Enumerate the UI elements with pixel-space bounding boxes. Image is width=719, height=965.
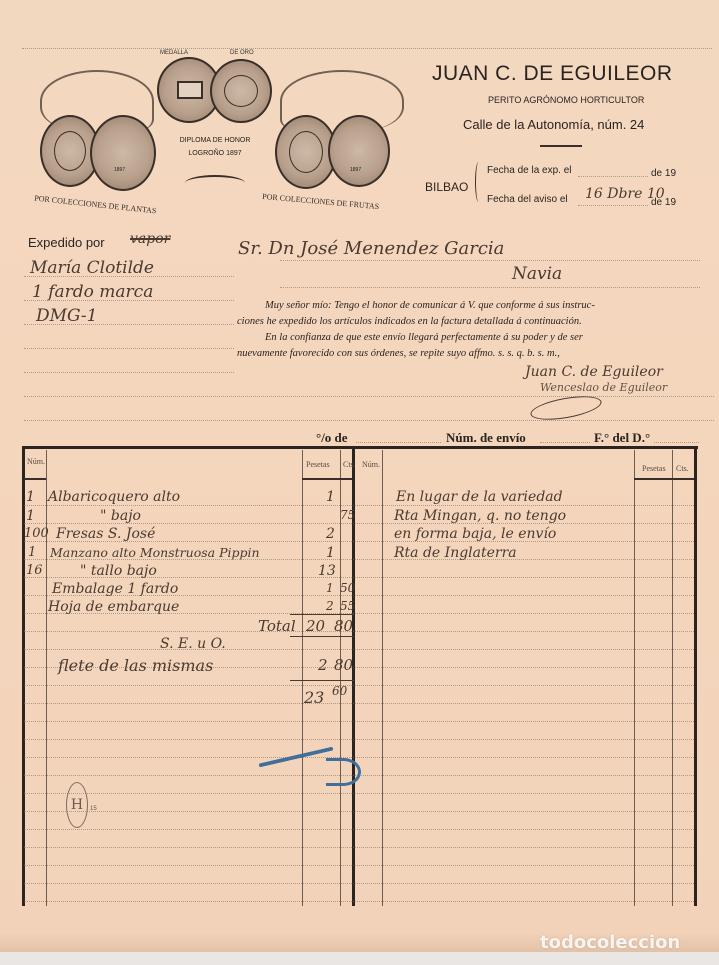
table-top-border (24, 446, 698, 449)
grand-total-rule (290, 680, 354, 681)
row-4-pesetas: 1 (326, 545, 335, 561)
right-note-line-4: Rta de Inglaterra (394, 545, 517, 561)
row-5-pesetas: 13 (318, 563, 336, 579)
ruled-line (24, 420, 714, 421)
row-3-pesetas: 2 (326, 526, 335, 542)
row-4-qty: 1 (28, 545, 36, 560)
medal-plaque (177, 81, 203, 99)
shipping-line-1: María Clotilde (30, 258, 154, 278)
col-header-pesetas-right: Pesetas (642, 464, 666, 473)
signature-line-2: Wenceslao de Eguileor (540, 381, 667, 394)
row-3-desc: Fresas S. José (56, 526, 155, 542)
row-6-desc: Embalage 1 fardo (52, 581, 178, 597)
letter-line-4: nuevamente favorecido con sus órdenes, s… (237, 348, 560, 359)
divider (540, 145, 582, 147)
total-label: Total (258, 617, 296, 635)
medal-top-right (210, 59, 272, 123)
row-7-cts: 55 (340, 599, 355, 613)
row-2-cts: 75 (340, 508, 355, 522)
grand-total-pesetas: 23 (304, 688, 324, 707)
table-left-border (22, 446, 25, 906)
row-5-qty: 16 (26, 563, 43, 578)
profession: PERITO AGRÓNOMO HORTICULTOR (488, 95, 644, 105)
invoice-paper: MEDALLA DE ORO 1897 1897 DIPLOMA DE HONO… (0, 0, 719, 952)
ruled-line (24, 372, 234, 373)
col-header-num: Núm. (27, 457, 45, 466)
col-header-cts-right: Cts. (676, 464, 689, 473)
ruled-line (24, 300, 234, 301)
ruled-line (24, 276, 234, 277)
col-header-num-right: Núm. (362, 460, 380, 469)
num-envio-line (540, 442, 590, 443)
fecha-aviso-line (578, 205, 648, 206)
row-5-desc: " tallo bajo (80, 563, 157, 579)
header-underline (634, 478, 694, 480)
ruled-line (280, 260, 700, 261)
diploma-cartouche: DIPLOMA DE HONOR LOGROÑO 1897 (160, 137, 270, 171)
city: BILBAO (425, 180, 468, 194)
col-divider-pesetas-right (634, 450, 635, 906)
circled-mark-sub: 15 (90, 806, 97, 812)
right-note-line-1: En lugar de la variedad (396, 489, 563, 505)
fecha-exp-line (578, 176, 648, 177)
circled-mark-letter: H (71, 797, 83, 813)
pct-line (356, 442, 441, 443)
shipping-line-2: 1 fardo marca (32, 282, 153, 302)
row-7-desc: Hoja de embarque (48, 599, 179, 615)
table-rule (24, 829, 694, 830)
ruled-line (24, 324, 234, 325)
row-1-qty: 1 (26, 489, 35, 505)
medal-bottom-right-2: 1897 (328, 115, 390, 187)
total-pesetas: 20 (306, 617, 325, 635)
emblem-medalla-label: MEDALLA (160, 50, 188, 56)
scroll-ornament (185, 175, 245, 191)
letter-line-1: Muy señor mío: Tengo el honor de comunic… (265, 300, 595, 311)
total-rule (290, 636, 354, 637)
diploma-line2: LOGROÑO 1897 (160, 150, 270, 157)
flete-cts: 80 (334, 656, 353, 674)
right-note-line-3: en forma baja, le envío (394, 526, 556, 542)
table-rule (24, 649, 694, 650)
header-underline (302, 478, 352, 480)
watermark: todocoleccion (540, 932, 680, 953)
row-6-cts: 50 (340, 581, 355, 595)
circled-mark: H (66, 782, 88, 828)
ruled-line (280, 287, 700, 288)
row-7-pesetas: 2 (326, 599, 334, 613)
row-2-desc: " bajo (100, 508, 141, 524)
table-rule (24, 757, 694, 758)
row-6-pesetas: 1 (326, 581, 334, 595)
address: Calle de la Autonomía, núm. 24 (463, 117, 644, 132)
letter-line-2: ciones he expedido los artículos indicad… (237, 316, 582, 327)
row-4-desc: Manzano alto Monstruosa Pippin (50, 545, 260, 560)
diploma-line1: DIPLOMA DE HONOR (160, 137, 270, 144)
table-rule (24, 685, 694, 686)
row-1-desc: Albaricoquero alto (48, 489, 180, 505)
letter-line-3: En la confianza de que este envío llegar… (265, 332, 583, 343)
fecha-d-label: F.° del D.° (594, 430, 650, 446)
medal-year-right: 1897 (350, 167, 361, 173)
company-name: JUAN C. DE EGUILEOR (432, 62, 673, 86)
table-rule (24, 901, 694, 902)
table-rule (24, 739, 694, 740)
flete-pesetas: 2 (318, 656, 328, 674)
total-cts: 80 (334, 617, 353, 635)
ruled-line (24, 348, 234, 349)
fecha-aviso-label: Fecha del aviso el (487, 194, 568, 205)
fecha-exp-year: de 19 (651, 168, 676, 179)
row-2-qty: 1 (26, 508, 35, 524)
num-envio-label: Núm. de envío (446, 430, 526, 446)
ruled-line (24, 396, 714, 397)
grand-total-cts: 60 (332, 684, 347, 698)
fecha-exp-label: Fecha de la exp. el (487, 165, 572, 176)
col-divider-pesetas (302, 450, 303, 906)
row-3-qty: 100 (24, 526, 49, 541)
subtotal-rule (290, 614, 354, 615)
table-rule (24, 847, 694, 848)
salvo-error-note: S. E. u O. (160, 636, 226, 652)
header-underline (24, 478, 46, 480)
right-note-line-2: Rta Mingan, q. no tengo (394, 508, 566, 524)
col-header-pesetas: Pesetas (306, 460, 330, 469)
table-rule (24, 793, 694, 794)
col-divider-num-right (382, 450, 383, 906)
blue-pencil-curve (326, 758, 361, 786)
emblem-de-oro-label: DE ORO (230, 50, 254, 56)
table-right-border (694, 446, 697, 906)
fecha-aviso-year: de 19 (651, 197, 676, 208)
col-divider-cts-right (672, 450, 673, 906)
table-rule (24, 505, 694, 506)
table-rule (24, 703, 694, 704)
flete-desc: flete de las mismas (58, 656, 213, 675)
medals-emblem: MEDALLA DE ORO 1897 1897 DIPLOMA DE HONO… (30, 45, 410, 220)
recipient-name: Sr. Dn José Menendez Garcia (238, 238, 504, 259)
medal-year-left: 1897 (114, 167, 125, 173)
expedido-value: vapor (130, 231, 170, 247)
table-rule (24, 811, 694, 812)
table-rule (24, 865, 694, 866)
medal-bottom-left-2: 1897 (90, 115, 156, 191)
row-1-pesetas: 1 (326, 489, 335, 505)
shipping-line-3: DMG-1 (36, 306, 98, 326)
table-rule (24, 631, 694, 632)
signature-line-1: Juan C. de Eguileor (525, 364, 663, 380)
recipient-location: Navia (512, 264, 562, 284)
expedido-label: Expedido por (28, 235, 105, 250)
table-rule (24, 721, 694, 722)
brace (475, 162, 482, 202)
table-rule (24, 883, 694, 884)
col-divider-num (46, 450, 47, 906)
fecha-d-line (654, 442, 699, 443)
col-header-cts: Cts. (343, 460, 356, 469)
pct-label: °/o de (316, 430, 348, 446)
